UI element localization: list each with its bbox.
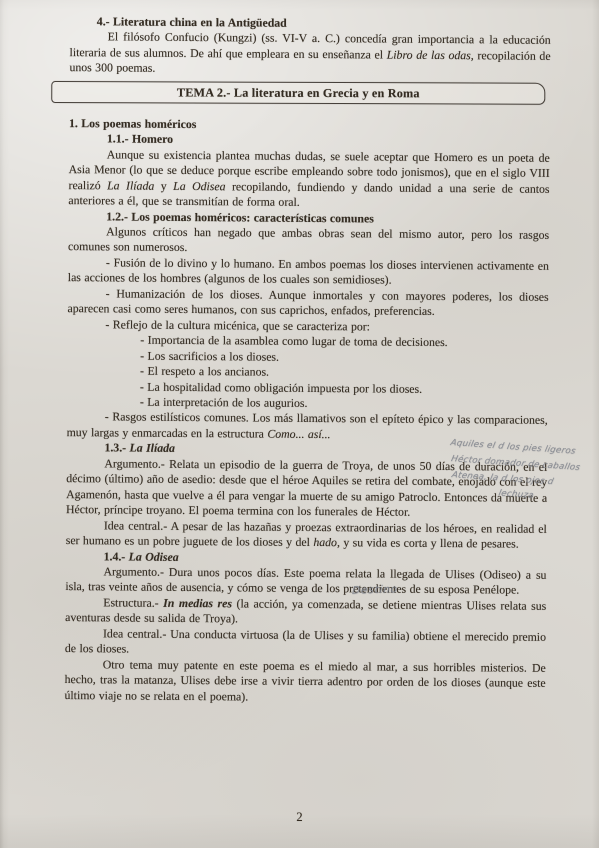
heading-la-iliada-number: 1.3.- [104, 441, 129, 455]
heading-la-odisea-title: La Odisea [129, 549, 179, 563]
paragraph-odisea-argumento: Argumento.- Dura unos pocos días. Este p… [65, 564, 546, 599]
paragraph-odisea-estructura: Estructura.- In medias res (la acción, y… [65, 595, 546, 630]
page-number: 2 [0, 810, 599, 825]
paragraph-odisea-otro-tema: Otro tema muy patente en este poema es e… [64, 657, 545, 707]
tema2-title-box: TEMA 2.- La literatura en Grecia y en Ro… [51, 81, 545, 105]
paragraph-homero: Aunque su existencia plantea muchas duda… [68, 147, 549, 213]
handwritten-hado-note: Destino [352, 583, 399, 597]
paragraph-iliada-idea-central: Idea central.- A pesar de las hazañas y … [66, 518, 547, 553]
tema2-title: TEMA 2.- La literatura en Grecia y en Ro… [177, 85, 420, 100]
paragraph-confucio: El filósofo Confucio (Kungzi) (ss. VI-V … [69, 30, 550, 80]
bullet-humanizacion: - Humanización de los dioses. Aunque inm… [68, 286, 549, 321]
handwritten-margin-note: Aquiles el d los pies ligeros Héctor dom… [439, 436, 599, 509]
heading-la-odisea-number: 1.4.- [104, 549, 129, 563]
heading-la-iliada-title: La Ilíada [130, 441, 176, 455]
scanned-document-page: 4.- Literatura china en la Antigüedad El… [0, 0, 599, 848]
page-text-block: 4.- Literatura china en la Antigüedad El… [0, 0, 599, 707]
paragraph-criticos: Algunos críticos han negado que ambas ob… [68, 224, 549, 259]
paragraph-odisea-idea-central: Idea central.- Una conducta virtuosa (la… [65, 626, 546, 661]
bullet-fusion: - Fusión de lo divino y lo humano. En am… [68, 255, 549, 290]
